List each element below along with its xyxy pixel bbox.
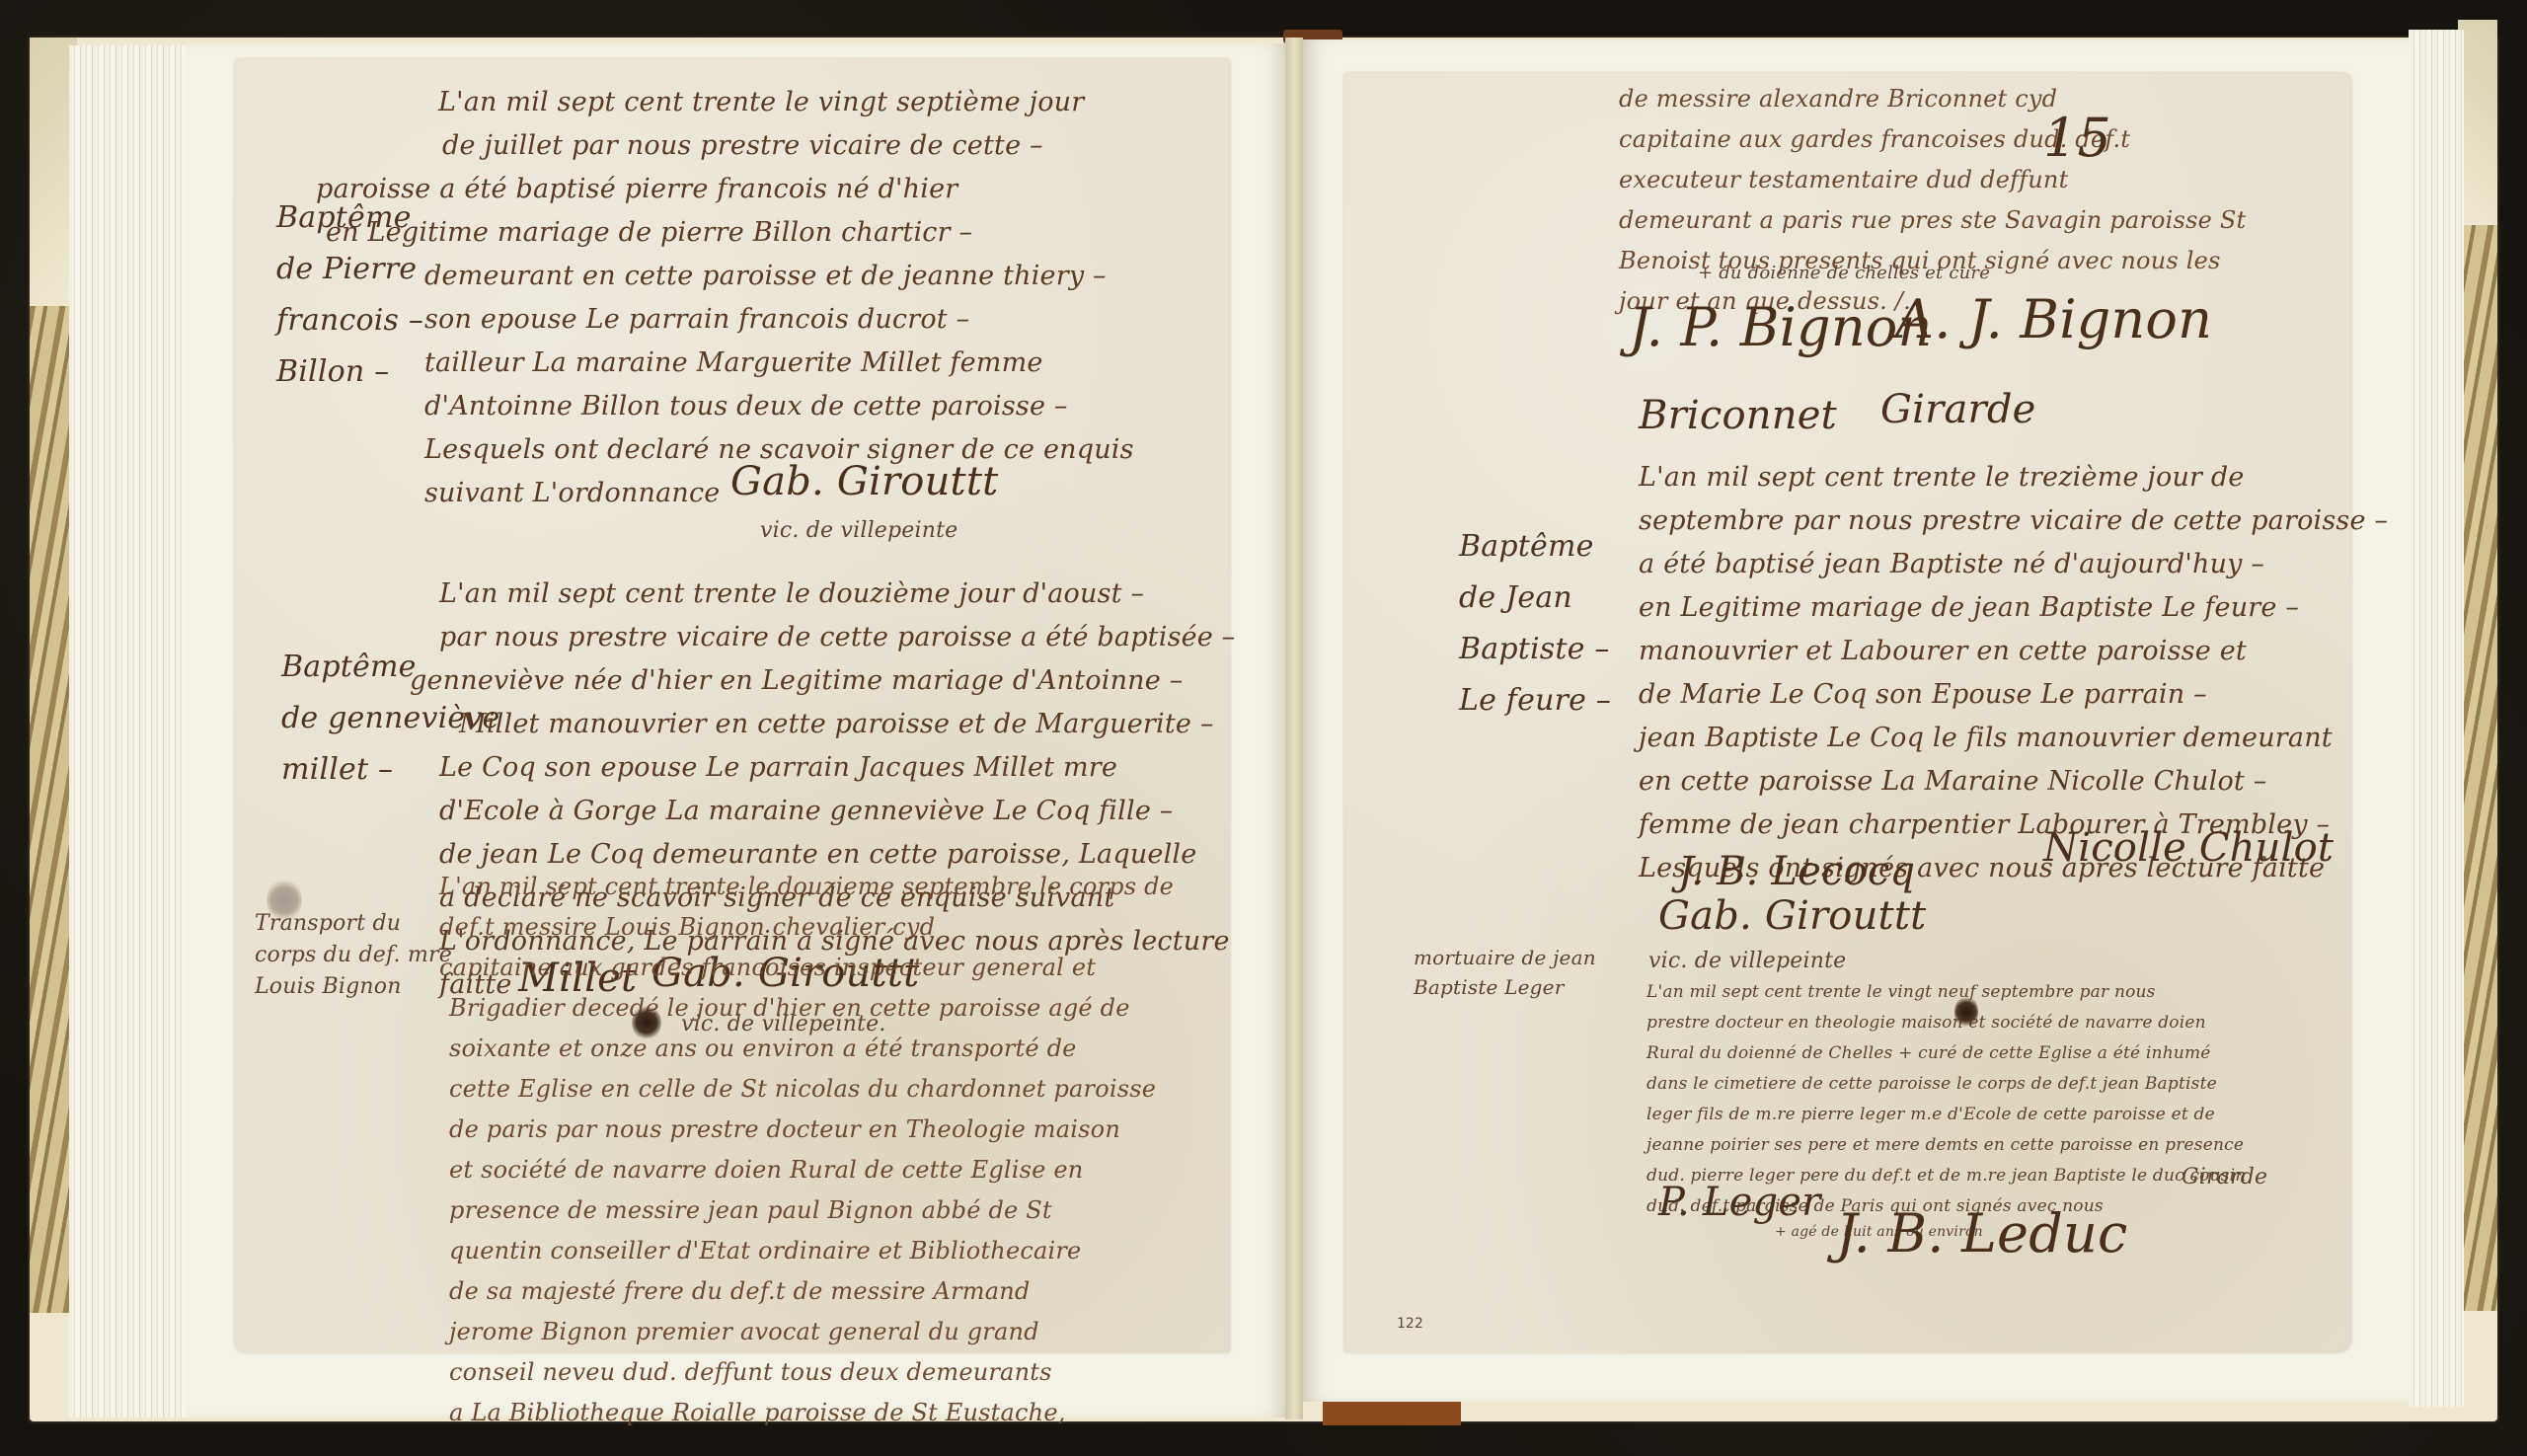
text-line: de sa majesté frere du def.t de messire …: [449, 1271, 1174, 1312]
text-line: de Marie Le Coq son Epouse Le parrain –: [1639, 673, 2388, 717]
text-line: def.t messire Louis Bignon chevalier cyd: [439, 907, 1174, 948]
signature-jb-leduc: J. B. Leduc: [1836, 1202, 2127, 1264]
text-line: Rural du doienné de Chelles + curé de ce…: [1646, 1038, 2246, 1069]
margin-line: Baptiste Leger: [1414, 972, 1596, 1002]
text-line: L'an mil sept cent trente le vingt neuf …: [1646, 977, 2246, 1008]
spine-bottom: [1323, 1402, 1461, 1425]
signature-girarde-2: Girarde: [2182, 1160, 2267, 1194]
text-line: leger fils de m.re pierre leger m.e d'Ec…: [1646, 1100, 2246, 1130]
text-line: de juillet par nous prestre vicaire de c…: [434, 124, 1134, 168]
signature-title-1: vic. de villepeinte: [760, 513, 957, 548]
book-gutter: [1285, 38, 1303, 1419]
signature-girouttt-1: Gab. Girouttt: [730, 459, 998, 504]
text-line: septembre par nous prestre vicaire de ce…: [1639, 499, 2388, 543]
text-line: capitaine aux gardes francoises dud. def…: [1619, 119, 2246, 160]
text-line: demeurant a paris rue pres ste Savagin p…: [1619, 200, 2246, 241]
text-line: paroisse a été baptisé pierre francois n…: [316, 168, 1134, 211]
text-line: jerome Bignon premier avocat general du …: [449, 1312, 1174, 1352]
ink-blot: [1954, 995, 1978, 1029]
page-number: 122: [1397, 1316, 1423, 1332]
stain: [267, 879, 302, 922]
margin-line: de Jean: [1459, 573, 1611, 624]
text-line: jeanne poirier ses pere et mere demts en…: [1646, 1130, 2246, 1161]
signature-title-3: vic. de villepeinte: [1648, 944, 1846, 978]
margin-note-entry5: mortuaire de jean Baptiste Leger: [1414, 943, 1596, 1002]
interlinear-note: + du doienne de chelles et cure: [1698, 259, 1990, 288]
text-line: Brigadier decedé le jour d'hier en cette…: [449, 988, 1174, 1029]
text-line: Le Coq son epouse Le parrain Jacques Mil…: [439, 746, 1235, 790]
board-corner-top-right: [2458, 20, 2497, 227]
text-line: tailleur La maraine Marguerite Millet fe…: [424, 342, 1134, 385]
entry1-text: L'an mil sept cent trente le vingt septi…: [434, 81, 1134, 515]
margin-line: Baptême: [1459, 521, 1611, 573]
text-line: cette Eglise en celle de St nicolas du c…: [449, 1069, 1174, 1110]
text-line: L'an mil sept cent trente le douzième jo…: [439, 573, 1235, 616]
text-line: quentin conseiller d'Etat ordinaire et B…: [449, 1231, 1174, 1271]
signature-girarde-1: Girarde: [1880, 387, 2036, 432]
margin-line: corps du def. mre: [255, 940, 452, 971]
text-line: d'Ecole à Gorge La maraine genneviève Le…: [439, 790, 1235, 833]
text-line: L'an mil sept cent trente le trezième jo…: [1639, 456, 2388, 499]
margin-note-entry3: Transport du corps du def. mre Louis Big…: [255, 908, 452, 1003]
text-line: conseil neveu dud. deffunt tous deux dem…: [449, 1352, 1174, 1393]
text-line: de messire alexandre Briconnet cyd: [1619, 79, 2246, 119]
page-stack-right: [2409, 30, 2464, 1407]
text-line: L'an mil sept cent trente le douzieme se…: [439, 867, 1174, 907]
margin-note-entry4: Baptême de Jean Baptiste – Le feure –: [1459, 521, 1611, 727]
signature-girouttt-3: Gab. Girouttt: [1658, 893, 1926, 939]
signature-nicolle-chulot: Nicolle Chulot: [2043, 825, 2334, 871]
text-line: en Legitime mariage de jean Baptiste Le …: [1639, 586, 2388, 630]
ink-blot: [632, 1005, 661, 1040]
text-line: son epouse Le parrain francois ducrot –: [424, 298, 1134, 342]
marbled-endpaper-right: [2458, 225, 2497, 1311]
margin-line: Louis Bignon: [255, 971, 452, 1003]
text-line: d'Antoinne Billon tous deux de cette par…: [424, 385, 1134, 428]
text-line: par nous prestre vicaire de cette parois…: [439, 616, 1235, 659]
margin-line: Billon –: [276, 346, 423, 398]
text-line: en Legitime mariage de pierre Billon cha…: [326, 211, 1134, 255]
text-line: demeurant en cette paroisse et de jeanne…: [424, 255, 1134, 298]
text-line: prestre docteur en theologie maison et s…: [1646, 1008, 2246, 1038]
signature-jp-bignon: J. P. Bignon: [1629, 296, 1933, 358]
text-line: soixante et onze ans ou environ a été tr…: [449, 1029, 1174, 1069]
text-line: en cette paroisse La Maraine Nicolle Chu…: [1639, 760, 2388, 804]
text-line: manouvrier et Labourer en cette paroisse…: [1639, 630, 2388, 673]
signature-aj-bignon: A. J. Bignon: [1895, 288, 2212, 350]
margin-line: francois –: [276, 295, 423, 346]
signature-lecocq: J. B. Lecocq: [1678, 849, 1915, 894]
signature-p-leger: P. Leger: [1658, 1180, 1820, 1225]
text-line: de paris par nous prestre docteur en The…: [449, 1110, 1174, 1150]
text-line: dans le cimetiere de cette paroisse le c…: [1646, 1069, 2246, 1100]
text-line: presence de messire jean paul Bignon abb…: [449, 1190, 1174, 1231]
text-line: jean Baptiste Le Coq le fils manouvrier …: [1639, 717, 2388, 760]
marbled-endpaper-left: [30, 306, 69, 1313]
text-line: a La Bibliotheque Roialle paroisse de St…: [449, 1393, 1174, 1433]
text-line: executeur testamentaire dud deffunt: [1619, 160, 2246, 200]
margin-line: mortuaire de jean: [1414, 943, 1596, 972]
text-line: genneviève née d'hier en Legitime mariag…: [410, 659, 1235, 703]
margin-annotation-number: 15: [2043, 107, 2111, 169]
text-line: capitaine aux gardes francoises inspecte…: [439, 948, 1174, 988]
text-line: Millet manouvrier en cette paroisse et d…: [459, 703, 1235, 746]
margin-line: Le feure –: [1459, 675, 1611, 727]
text-line: a été baptisé jean Baptiste né d'aujourd…: [1639, 543, 2388, 586]
text-line: et société de navarre doien Rural de cet…: [449, 1150, 1174, 1190]
margin-line: Baptiste –: [1459, 624, 1611, 675]
signature-briconnet: Briconnet: [1639, 393, 1837, 438]
text-line: L'an mil sept cent trente le vingt septi…: [434, 81, 1134, 124]
page-stack-left: [69, 45, 188, 1418]
entry3-text: L'an mil sept cent trente le douzieme se…: [439, 867, 1174, 1433]
